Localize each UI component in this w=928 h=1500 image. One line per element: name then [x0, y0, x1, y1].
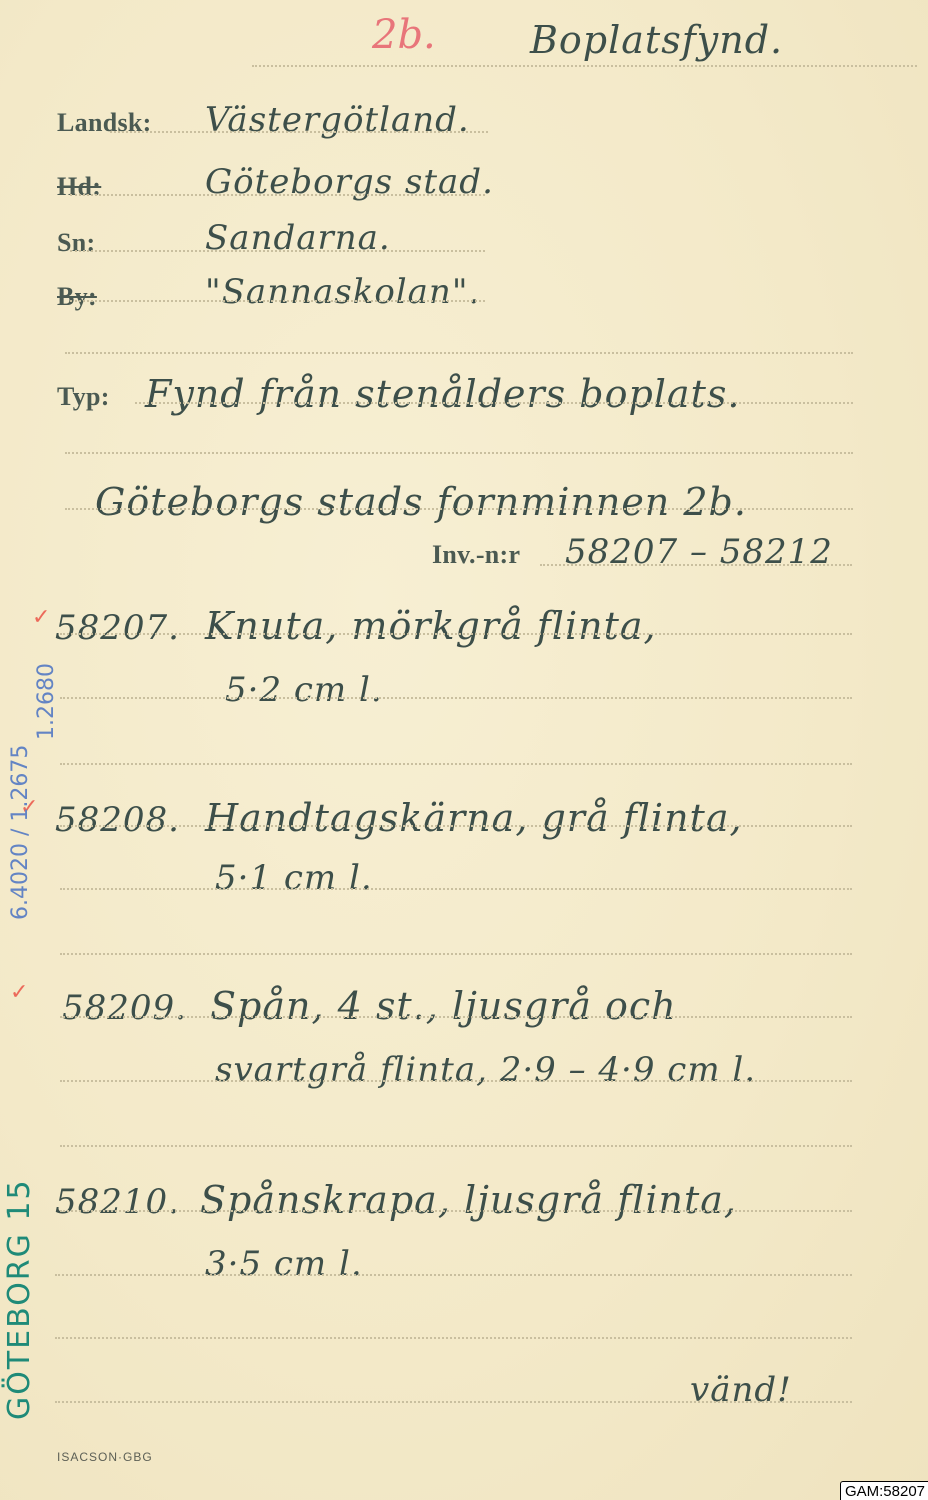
heading-dotline [252, 65, 917, 67]
entry-line1: Spån, 4 st., ljusgrå och [210, 984, 677, 1028]
dotline [55, 1337, 852, 1339]
entry-line1: Knuta, mörkgrå flinta, [205, 604, 657, 648]
dotline [55, 1274, 852, 1276]
field-label-hd: Hd: [57, 172, 101, 202]
entry-number: 58210. [55, 1182, 180, 1222]
dotline [60, 1210, 852, 1212]
dotline [55, 1401, 852, 1403]
field-value-landsk: Västergötland. [205, 100, 470, 140]
field-value-hd: Göteborgs stad. [205, 162, 494, 202]
collection-line: Göteborgs stads fornminnen 2b. [95, 480, 747, 524]
dotline [60, 1016, 852, 1018]
field-value-by: "Sannaskolan". [205, 272, 480, 312]
field-label-landsk: Landsk: [57, 108, 152, 138]
turn-over-note: vänd! [690, 1370, 792, 1410]
card-number-red: 2b. [372, 12, 436, 58]
entry-number: 58207. [55, 608, 180, 648]
dotline [70, 300, 485, 302]
printer-imprint: ISACSON·GBG [57, 1450, 153, 1464]
dotline [60, 825, 852, 827]
field-label-by: By: [57, 282, 97, 312]
field-label-typ: Typ: [57, 382, 110, 412]
dotline [65, 352, 853, 354]
dotline [60, 633, 852, 635]
dotline [65, 452, 853, 454]
entry-number: 58208. [55, 800, 180, 840]
entry-line2: 5·1 cm l. [215, 858, 373, 898]
entry-line1: Handtagskärna, grå flinta, [205, 796, 743, 840]
entry-line2: svartgrå flinta, 2·9 – 4·9 cm l. [215, 1050, 756, 1090]
catalog-id-label: GAM:58207 [840, 1481, 928, 1500]
dotline [110, 131, 488, 133]
dotline [60, 1080, 852, 1082]
catalog-card: 2b. Boplatsfynd. Landsk: Västergötland. … [0, 0, 928, 1500]
field-value-typ: Fynd från stenålders boplats. [145, 372, 740, 416]
dotline [60, 1145, 852, 1147]
blue-pencil-note: 1.2680 [34, 663, 59, 740]
entry-number: 58209. [62, 988, 187, 1028]
dotline [65, 508, 853, 510]
dotline [60, 888, 852, 890]
entry-line1: Spånskrapa, ljusgrå flinta, [200, 1178, 737, 1222]
dotline [540, 564, 852, 566]
check-mark-icon: ✓ [10, 980, 28, 1005]
inventory-label: Inv.-n:r [432, 540, 520, 570]
field-label-sn: Sn: [57, 228, 95, 258]
field-value-sn: Sandarna. [205, 218, 391, 258]
dotline [70, 250, 485, 252]
card-heading: Boplatsfynd. [530, 18, 783, 62]
dotline [60, 763, 852, 765]
blue-pencil-note: 6.4020 / 1.2675 [8, 745, 33, 920]
entry-line2: 3·5 cm l. [205, 1244, 363, 1284]
dotline [135, 402, 853, 404]
dotline [70, 194, 485, 196]
dotline [60, 697, 852, 699]
check-mark-icon: ✓ [32, 605, 50, 630]
inventory-value: 58207 – 58212 [565, 532, 833, 572]
goteborg-stamp: GÖTEBORG 15 [2, 1178, 37, 1420]
dotline [60, 953, 852, 955]
entry-line2: 5·2 cm l. [225, 670, 383, 710]
